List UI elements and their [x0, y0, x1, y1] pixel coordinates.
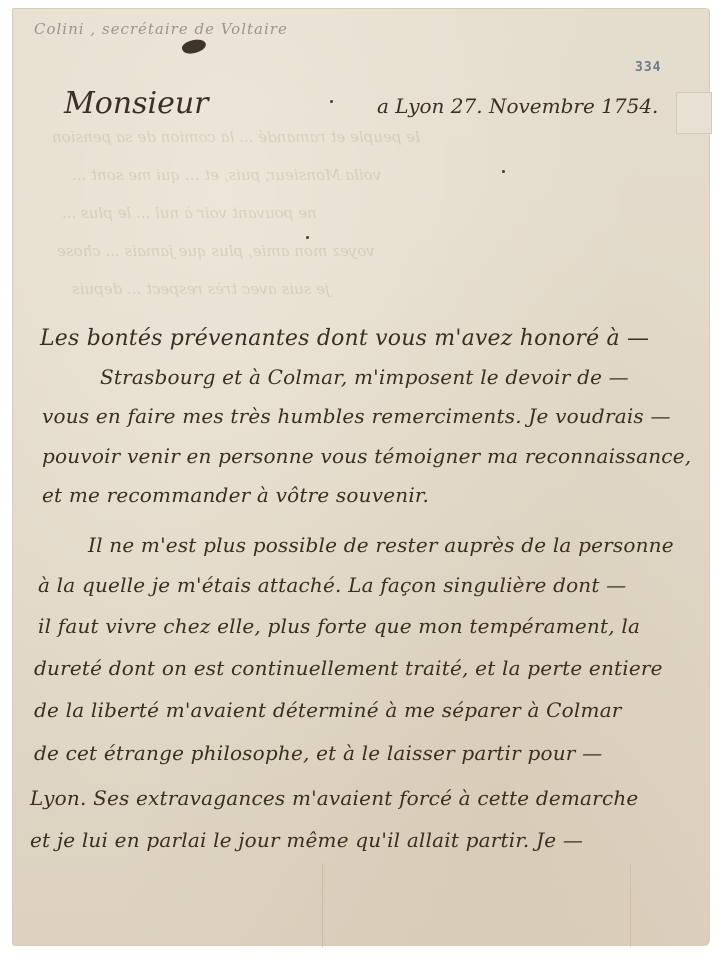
letter-line: de cet étrange philosophe, et à le laiss…: [34, 741, 602, 765]
bleed-through-text: le peuple et ramandé ... la comion de sa…: [52, 128, 420, 146]
letter-line: il faut vivre chez elle, plus forte que …: [38, 614, 640, 638]
letter-line: pouvoir venir en personne vous témoigner…: [42, 444, 691, 468]
folio-number-stamp: 334: [635, 60, 661, 75]
ink-blot: [181, 37, 208, 57]
manuscript-page: le peuple et ramandé ... la comion de sa…: [12, 8, 710, 946]
ink-dot: [502, 170, 505, 173]
pencil-annotation: Colini , secrétaire de Voltaire: [34, 20, 288, 38]
letter-line: de la liberté m'avaient déterminé à me s…: [34, 698, 622, 722]
letter-line: à la quelle je m'étais attaché. La façon…: [38, 573, 626, 597]
letter-line: Les bontés prévenantes dont vous m'avez …: [40, 326, 649, 351]
bleed-through-text: ne pouvant voir à nul ... le plus ...: [62, 204, 317, 222]
bleed-through-text: voila Monsieur, puis, et ... qui me sont…: [72, 166, 381, 184]
letter-line: Lyon. Ses extravagances m'avaient forcé …: [30, 786, 638, 810]
dateline: a Lyon 27. Novembre 1754.: [377, 94, 658, 118]
letter-line: Il ne m'est plus possible de rester aupr…: [88, 533, 674, 557]
letter-line: et me recommander à vôtre souvenir.: [42, 483, 429, 507]
paper-fold: [322, 863, 323, 948]
ink-dot: [330, 100, 333, 103]
letter-line: dureté dont on est continuellement trait…: [34, 656, 663, 680]
paper-repair-patch: [676, 92, 712, 134]
paper-fold: [630, 863, 631, 948]
letter-line: Strasbourg et à Colmar, m'imposent le de…: [100, 365, 629, 389]
letter-line: vous en faire mes très humbles remercime…: [42, 404, 671, 428]
bleed-through-text: voyez mon amie, plus que jamais ... chos…: [57, 242, 375, 260]
letter-line: et je lui en parlai le jour même qu'il a…: [30, 828, 583, 852]
salutation: Monsieur: [64, 86, 209, 121]
ink-dot: [306, 236, 309, 239]
bleed-through-text: je suis avec très respect ... depuis: [72, 280, 330, 298]
